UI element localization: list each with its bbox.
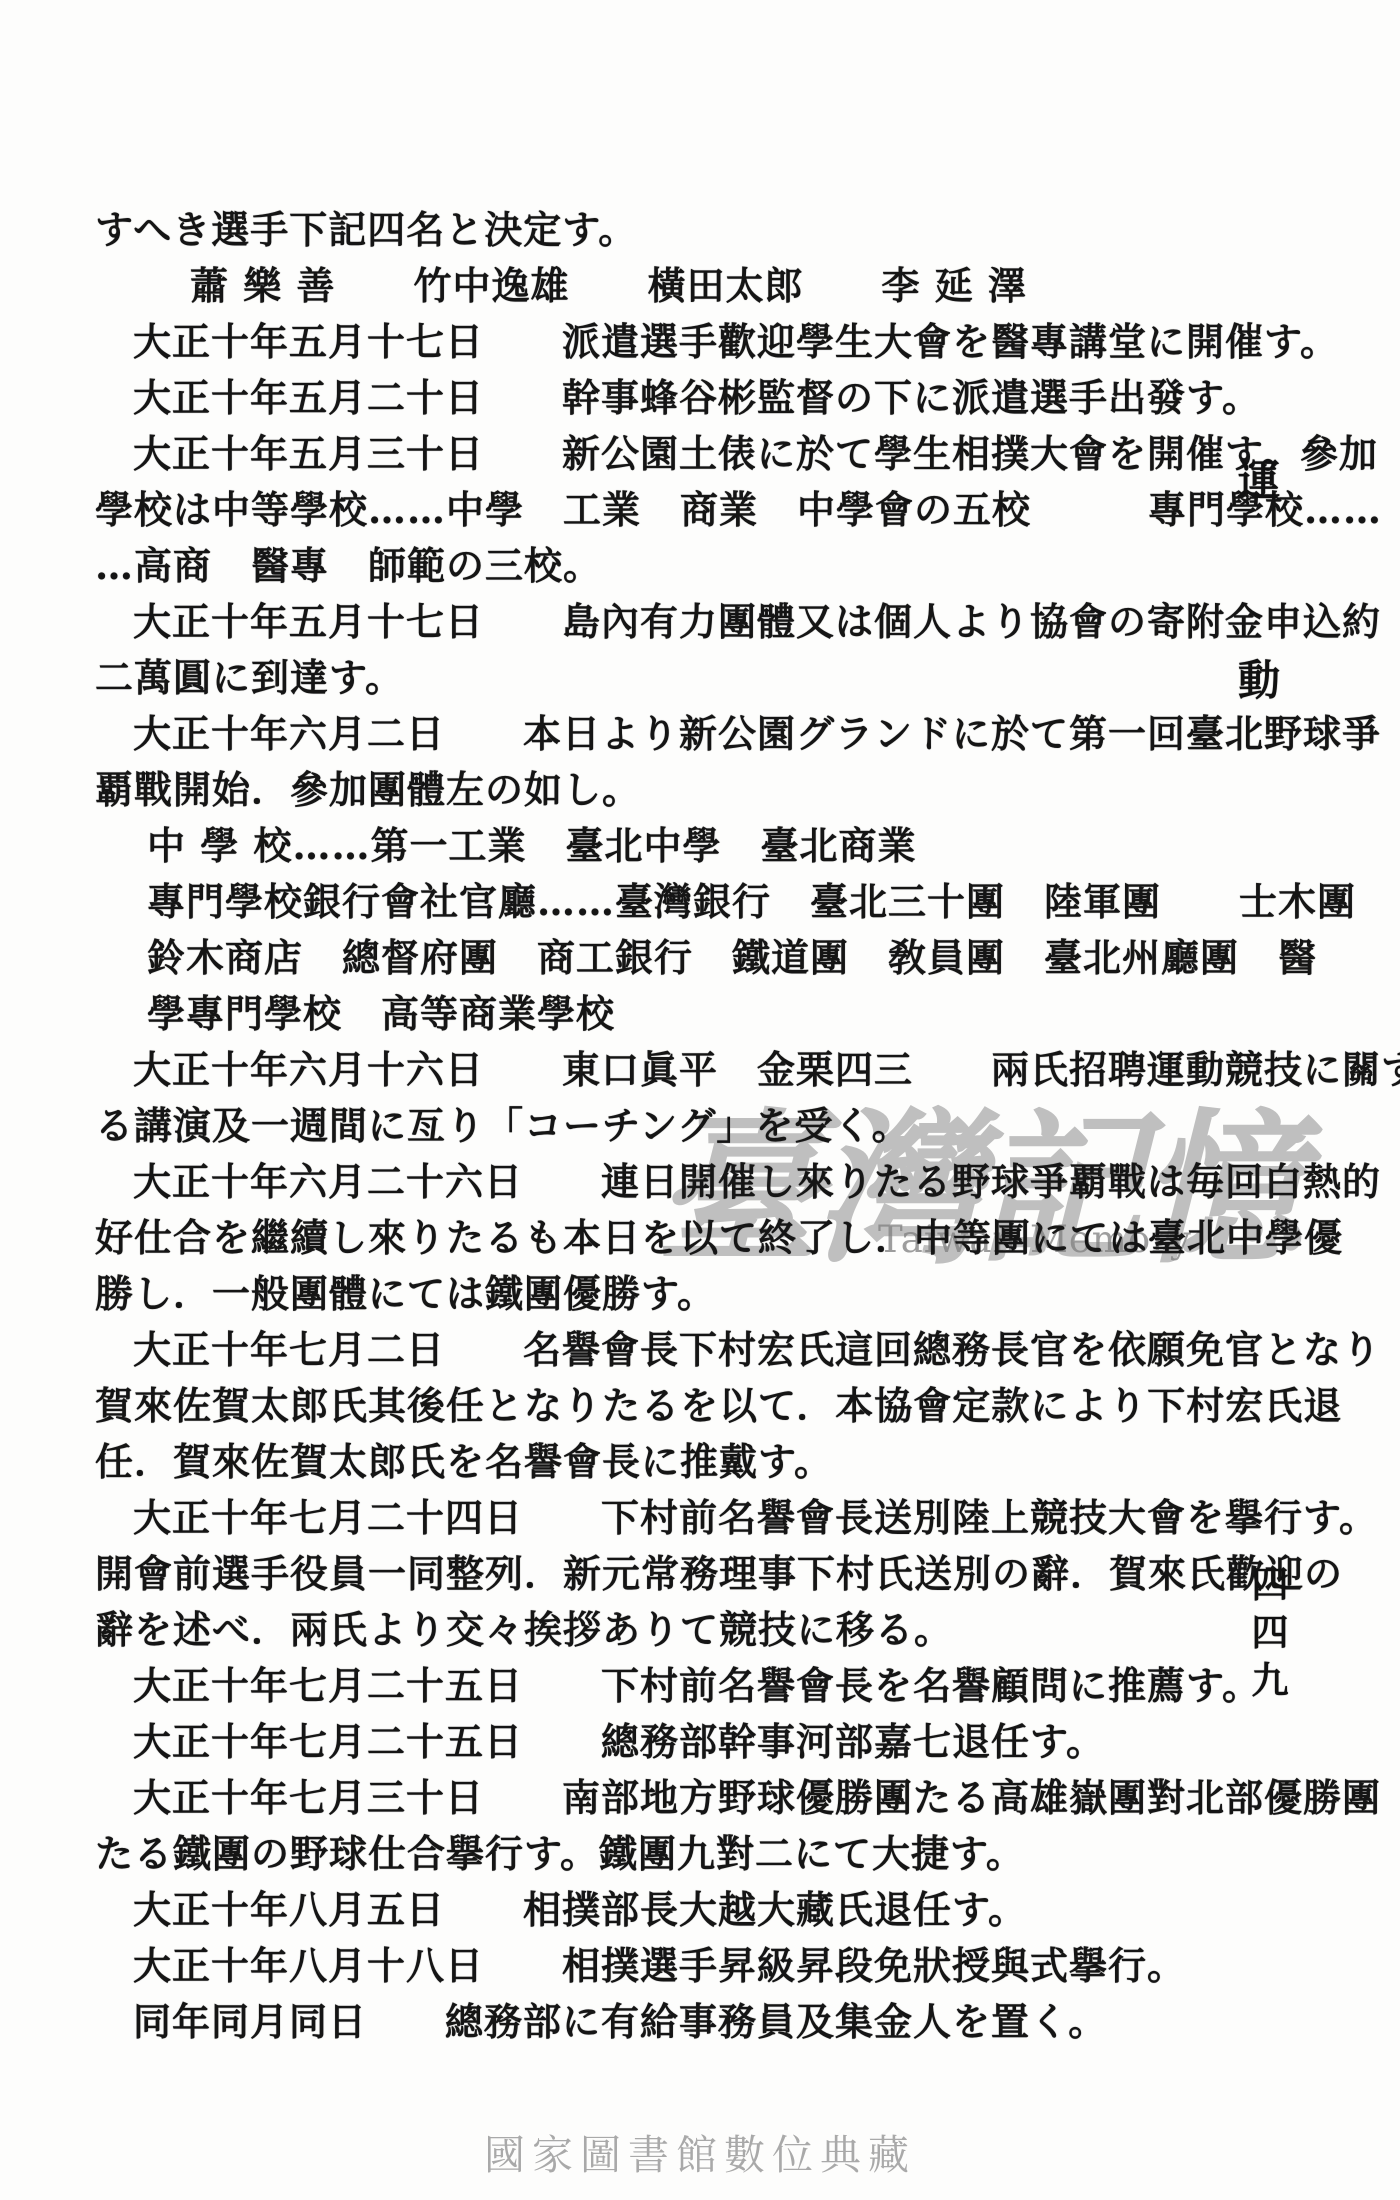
text-line: 開會前選手役員一同整列．新元常務理事下村氏送別の辭．賀來氏歡迎の bbox=[95, 1546, 1230, 1602]
scanned-document-page: 臺灣記憶 Taiwan Memory すへき選手下記四名と決定す。蕭 樂 善 竹… bbox=[0, 0, 1400, 2200]
text-line: 大正十年六月二十六日 連日開催し來りたる野球爭覇戰は毎回白熱的 bbox=[95, 1154, 1230, 1210]
text-line: …高商 醫專 師範の三校。 bbox=[95, 538, 1230, 594]
text-line: 鈴木商店 總督府團 商工銀行 鐵道團 敎員團 臺北州廳團 醫 bbox=[95, 930, 1230, 986]
text-line: 二萬圓に到達す。 bbox=[95, 650, 1230, 706]
text-line: 專門學校銀行會社官廳……臺灣銀行 臺北三十團 陸軍團 士木團 bbox=[95, 874, 1230, 930]
page-number: 四四九 bbox=[1248, 1560, 1292, 1704]
text-line: 大正十年六月十六日 東口眞平 金栗四三 兩氏招聘運動競技に關す bbox=[95, 1042, 1230, 1098]
text-line: 賀來佐賀太郎氏其後任となりたるを以て．本協會定款により下村宏氏退 bbox=[95, 1378, 1230, 1434]
text-line: すへき選手下記四名と決定す。 bbox=[95, 202, 1230, 258]
text-line: る講演及一週間に亙り「コーチング」を受く。 bbox=[95, 1098, 1230, 1154]
text-line: 大正十年五月三十日 新公園土俵に於て學生相撲大會を開催す。參加 bbox=[95, 426, 1230, 482]
text-line: 學專門學校 高等商業學校 bbox=[95, 986, 1230, 1042]
text-line: 大正十年八月十八日 相撲選手昇級昇段免狀授與式擧行。 bbox=[95, 1938, 1230, 1994]
text-line: たる鐵團の野球仕合擧行す。鐵團九對二にて大捷す。 bbox=[95, 1826, 1230, 1882]
text-line: 大正十年五月十七日 島內有力團體又は個人より協會の寄附金申込約 bbox=[95, 594, 1230, 650]
text-line: 大正十年六月二日 本日より新公園グランドに於て第一回臺北野球爭 bbox=[95, 706, 1230, 762]
text-line: 大正十年七月二十四日 下村前名譽會長送別陸上競技大會を擧行す。 bbox=[95, 1490, 1230, 1546]
text-line: 任．賀來佐賀太郎氏を名譽會長に推戴す。 bbox=[95, 1434, 1230, 1490]
margin-chapter-label-char: 運 bbox=[1238, 448, 1280, 508]
footer-archive-credit: 國家圖書館數位典藏 bbox=[0, 2122, 1400, 2181]
text-line: 大正十年七月三十日 南部地方野球優勝團たる高雄嶽團對北部優勝團 bbox=[95, 1770, 1230, 1826]
page-number-char: 四 bbox=[1248, 1608, 1292, 1656]
text-line: 大正十年八月五日 相撲部長大越大藏氏退任す。 bbox=[95, 1882, 1230, 1938]
text-line: 覇戰開始．參加團體左の如し。 bbox=[95, 762, 1230, 818]
text-line: 大正十年五月二十日 幹事蜂谷彬監督の下に派遣選手出發す。 bbox=[95, 370, 1230, 426]
text-line: 大正十年五月十七日 派遣選手歡迎學生大會を醫專講堂に開催す。 bbox=[95, 314, 1230, 370]
text-line: 學校は中等學校……中學 工業 商業 中學會の五校 專門學校…… bbox=[95, 482, 1230, 538]
text-line: 同年同月同日 總務部に有給事務員及集金人を置く。 bbox=[95, 1994, 1230, 2050]
text-line: 大正十年七月二日 名譽會長下村宏氏這回總務長官を依願免官となり bbox=[95, 1322, 1230, 1378]
margin-chapter-label-char: 動 bbox=[1238, 648, 1280, 708]
page-number-char: 四 bbox=[1248, 1560, 1292, 1608]
text-block: すへき選手下記四名と決定す。蕭 樂 善 竹中逸雄 橫田太郎 李 延 澤大正十年五… bbox=[95, 202, 1230, 2050]
text-line: 辭を述べ．兩氏より交々挨拶ありて競技に移る。 bbox=[95, 1602, 1230, 1658]
text-line: 大正十年七月二十五日 總務部幹事河部嘉七退任す。 bbox=[95, 1714, 1230, 1770]
text-line: 中 學 校……第一工業 臺北中學 臺北商業 bbox=[95, 818, 1230, 874]
text-line: 勝し．一般團體にては鐵團優勝す。 bbox=[95, 1266, 1230, 1322]
text-line: 大正十年七月二十五日 下村前名譽會長を名譽顧問に推薦す。 bbox=[95, 1658, 1230, 1714]
text-line: 好仕合を繼續し來りたるも本日を以て終了し．中等團にては臺北中學優 bbox=[95, 1210, 1230, 1266]
text-line: 蕭 樂 善 竹中逸雄 橫田太郎 李 延 澤 bbox=[95, 258, 1230, 314]
page-number-char: 九 bbox=[1248, 1656, 1292, 1704]
